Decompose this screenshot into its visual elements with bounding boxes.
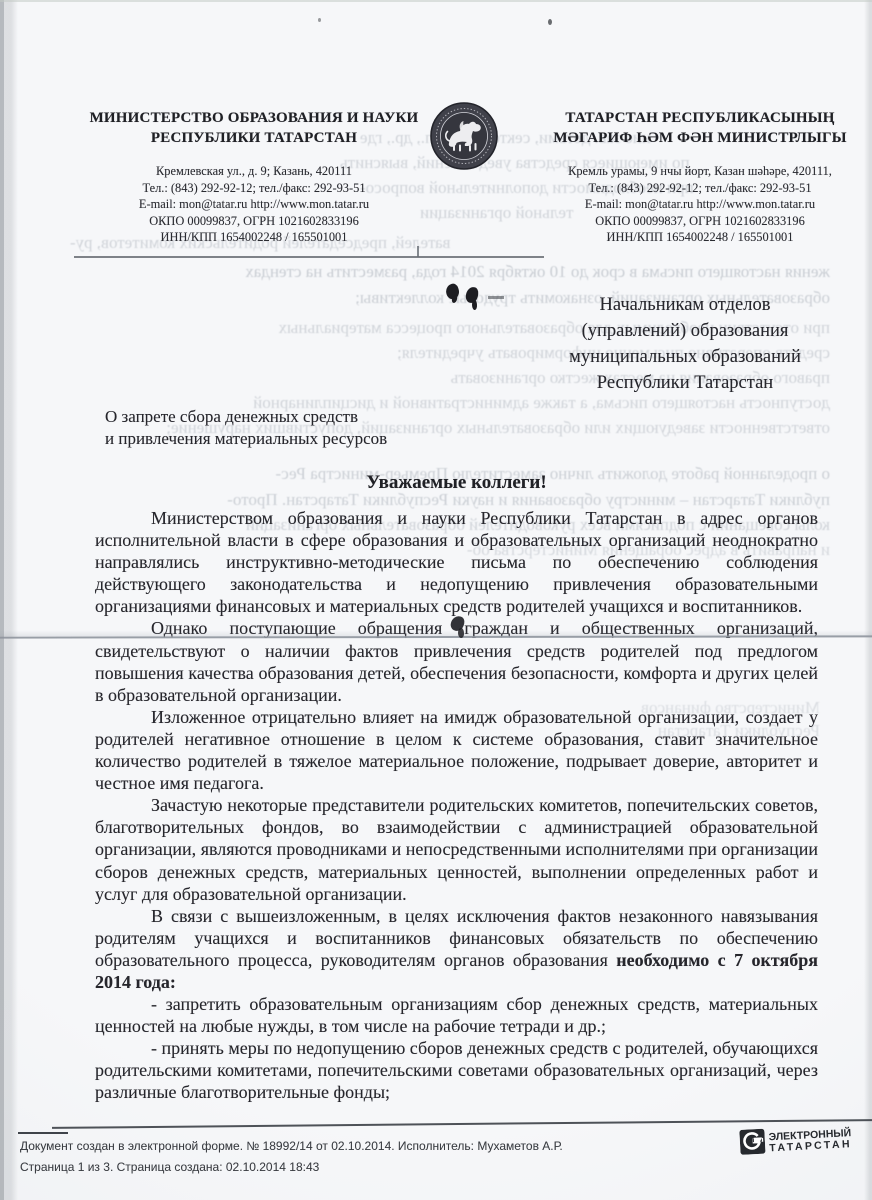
okpo-ogrn-line: ОКПО 00099837, ОГРН 1021602833196 (88, 213, 420, 230)
paragraph: Зачастую некоторые представители родител… (95, 794, 818, 904)
fold-crease-line (18, 1132, 68, 1134)
electronic-tatarstan-logo: ЭЛЕКТРОННЫЙ ТАТАРСТАН (739, 1124, 852, 1160)
ink-smudge (488, 296, 504, 299)
addressee-block: Начальникам отделов (управлений) образов… (535, 292, 835, 396)
addressee-line: Начальникам отделов (535, 292, 835, 318)
phone-line: Тел.: (843) 292-92-12; тел./факс: 292-93… (538, 180, 862, 197)
electronic-tatarstan-icon (739, 1129, 766, 1160)
salutation: Уважаемые коллеги! (95, 472, 818, 494)
bullet-item: - принять меры по недопущению сборов ден… (95, 1037, 818, 1103)
email-line: E-mail: mon@tatar.ru http://www.mon.tata… (538, 196, 862, 213)
dust-speck (548, 19, 552, 25)
paragraph: Министерством образования и науки Респуб… (95, 507, 818, 617)
inn-kpp-line: ИНН/КПП 1654002248 / 165501001 (88, 229, 420, 246)
footer-block: Документ создан в электронной форме. № 1… (20, 1136, 563, 1178)
addressee-line: Республики Татарстан (535, 370, 835, 396)
address-line: Кремль урамы, 9 нчы йорт, Казан шәһәре, … (538, 163, 862, 180)
address-line: Кремлевская ул., д. 9; Казань, 420111 (88, 163, 420, 180)
ministry-title-tt-line1: ТАТАРСТАН РЕСПУБЛИКАСЫНЫҢ (538, 108, 862, 128)
bleedthrough-text-line: жения настоящего письма в срок до 10 окт… (70, 262, 830, 282)
okpo-ogrn-line: ОКПО 00099837, ОГРН 1021602833196 (538, 213, 862, 230)
addressee-line: (управлений) образования (535, 318, 835, 344)
ministry-title-ru-line1: МИНИСТЕРСТВО ОБРАЗОВАНИЯ И НАУКИ (88, 108, 420, 128)
subject-line: О запрете сбора денежных средств (105, 406, 465, 428)
bullet-item: - запретить образовательным организациям… (95, 993, 818, 1037)
ministry-title-ru-line2: РЕСПУБЛИКИ ТАТАРСТАН (88, 128, 420, 148)
addressee-line: муниципальных образований (535, 344, 835, 370)
logo-text-bottom: ТАТАРСТАН (769, 1139, 852, 1154)
email-line: E-mail: mon@tatar.ru http://www.mon.tata… (88, 196, 420, 213)
fold-crease-tick (417, 246, 419, 257)
header-left-block: МИНИСТЕРСТВО ОБРАЗОВАНИЯ И НАУКИ РЕСПУБЛ… (88, 108, 420, 246)
ministry-title-tt-line2: МӘГАРИФ ҺӘМ ФӘН МИНИСТРЛЫГЫ (538, 128, 862, 148)
fold-crease-shadow (0, 630, 872, 636)
fold-crease-line (74, 256, 544, 258)
subject-block: О запрете сбора денежных средств и привл… (105, 406, 465, 450)
tatarstan-emblem-seal-icon (428, 100, 500, 172)
inn-kpp-line: ИНН/КПП 1654002248 / 165501001 (538, 229, 862, 246)
footer-document-info: Документ создан в электронной форме. № 1… (20, 1136, 563, 1157)
dust-speck (318, 18, 321, 22)
header-right-block: ТАТАРСТАН РЕСПУБЛИКАСЫНЫҢ МӘГАРИФ ҺӘМ ФӘ… (538, 108, 862, 246)
footer-page-info: Страница 1 из 3. Страница создана: 02.10… (20, 1157, 563, 1178)
phone-line: Тел.: (843) 292-92-12; тел./факс: 292-93… (88, 180, 420, 197)
paragraph-directive: В связи с вышеизложенным, в целях исключ… (95, 905, 818, 993)
subject-line: и привлечения материальных ресурсов (105, 428, 465, 450)
letter-body: Министерством образования и науки Респуб… (95, 507, 818, 1104)
electronic-tatarstan-label: ЭЛЕКТРОННЫЙ ТАТАРСТАН (768, 1128, 852, 1154)
paragraph: Изложенное отрицательно влияет на имидж … (95, 706, 818, 794)
